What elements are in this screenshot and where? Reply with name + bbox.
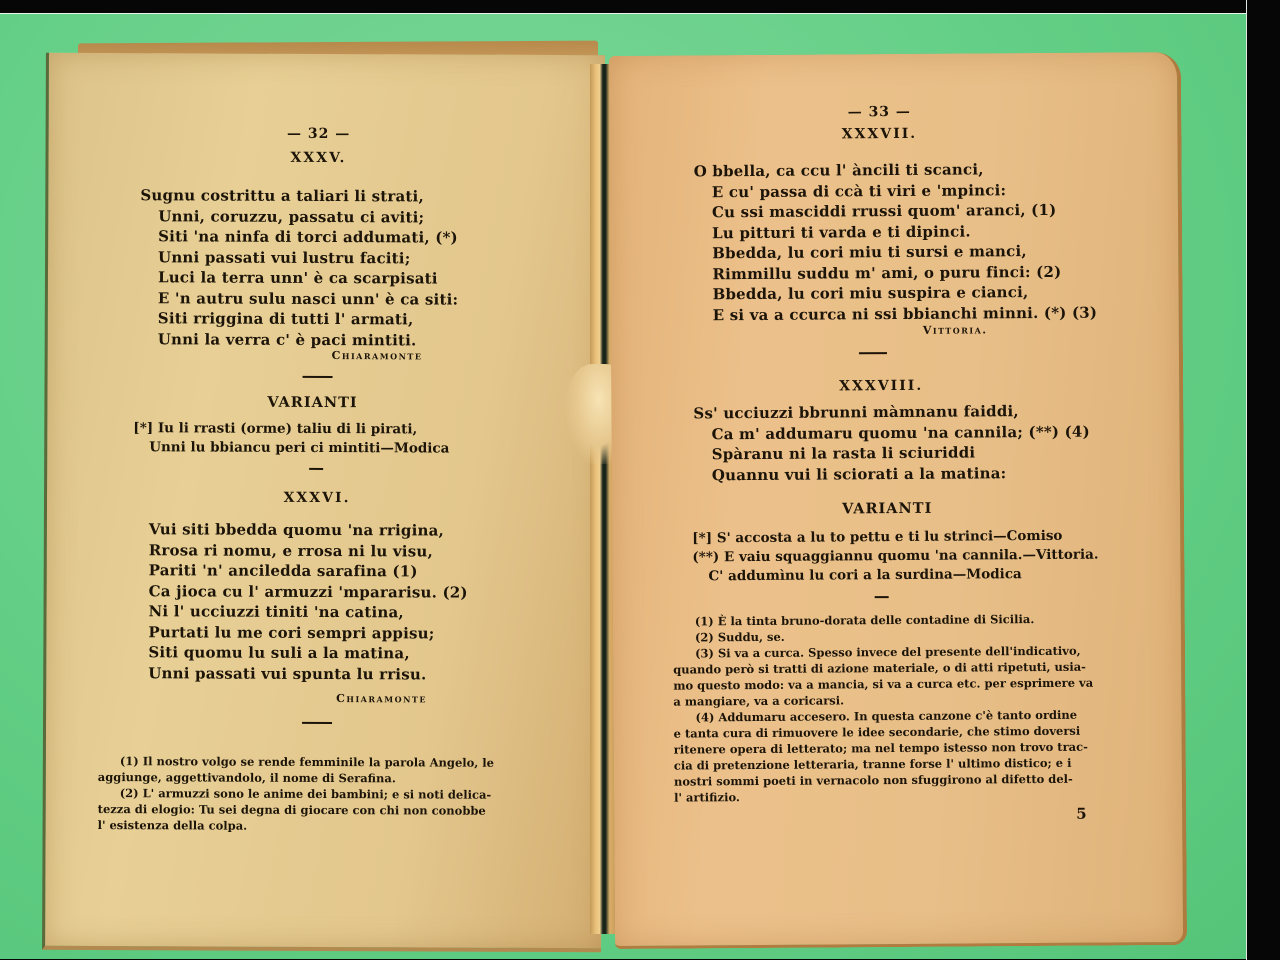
verse-line: O bbella, ca ccu l' àncili ti scanci, <box>694 159 1097 182</box>
verse-line: Pariti 'n' anciledda sarafina (1) <box>149 560 468 582</box>
variant-line: [*] Iu li rrasti (orme) taliu di li pira… <box>133 419 449 439</box>
footnote-line: (1) Il nostro volgo se rende femminile l… <box>98 753 528 771</box>
photo-background: — 32 — XXXV. Sugnu costrittu a taliari l… <box>0 13 1246 959</box>
left-page: — 32 — XXXV. Sugnu costrittu a taliari l… <box>42 53 605 952</box>
footnote-line: aggiunge, aggettivandolo, il nome di Ser… <box>98 769 528 787</box>
verse-line: Ca m' addumaru quomu 'na cannila; (**) (… <box>693 421 1089 444</box>
verse-line: Quannu vui li sciorati a la matina: <box>694 462 1090 485</box>
black-border <box>1246 0 1280 960</box>
separator-rule <box>875 596 889 598</box>
footnotes: (1) Il nostro volgo se rende femminile l… <box>98 753 528 835</box>
verse-line: Spàranu ni la rasta li sciuriddi <box>694 442 1090 465</box>
poem-xxxvi: Vui siti bbedda quomu 'na rrigina, Rrosa… <box>148 519 468 684</box>
poem-signature: Vittoria. <box>923 323 988 336</box>
verse-line: Rrosa ri nomu, e rrosa ni lu visu, <box>149 540 468 562</box>
verse-line: Siti 'na ninfa di torci addumati, (*) <box>140 226 458 248</box>
verse-line: Unni la verra c' è paci mintiti. <box>140 329 458 351</box>
poem-xxxv: Sugnu costrittu a taliari li strati, Unn… <box>140 185 459 350</box>
footnote-line: l' artifizio. <box>674 786 1114 805</box>
separator-rule <box>303 376 333 378</box>
footnote-line: nostri sommi poeti in vernacolo non sfug… <box>674 770 1114 789</box>
verse-line: Vui siti bbedda quomu 'na rrigina, <box>149 519 468 541</box>
poem-signature: Chiaramonte <box>336 692 427 705</box>
verse-line: Unni, coruzzu, passatu ci aviti; <box>140 206 458 228</box>
verse-line: Siti rriggina di tutti l' armati, <box>140 308 458 330</box>
verse-line: Sugnu costrittu a taliari li strati, <box>140 185 458 207</box>
varianti-list: [*] Iu li rrasti (orme) taliu di li pira… <box>133 419 449 458</box>
verse-line: Unni passati vui spunta lu rrisu. <box>148 663 467 685</box>
verse-line: Bbedda, lu cori miu suspira e cianci, <box>694 282 1097 305</box>
poem-xxxvii: O bbella, ca ccu l' àncili ti scanci, E … <box>694 159 1098 326</box>
signature-mark: 5 <box>1076 805 1087 823</box>
footnotes: (1) È la tinta bruno-dorata delle contad… <box>673 611 1114 806</box>
verse-line: Ni l' ucciuzzi tiniti 'na catina, <box>148 601 467 623</box>
verse-line: Bbedda, lu cori miu ti sursi e manci, <box>694 241 1097 264</box>
separator-rule <box>859 352 887 354</box>
footnote-line: tezza di elogio: Tu sei degna di giocare… <box>98 801 528 819</box>
page-number: — 32 — <box>269 126 369 142</box>
varianti-heading: VARIANTI <box>267 394 357 411</box>
verse-line: Rimmillu suddu m' ami, o puru finci: (2) <box>694 261 1097 284</box>
variant-line: Unni lu bbiancu peri ci mintiti—Modica <box>133 438 449 458</box>
poem-number: XXXV. <box>268 150 368 166</box>
verse-line: Lu pitturi ti varda e ti dipinci. <box>694 220 1097 243</box>
poem-signature: Chiaramonte <box>332 349 423 362</box>
variant-line: C' addumìnu lu cori a la surdina—Modica <box>692 565 1098 587</box>
footnote-line: (2) L' armuzzi sono le anime dei bambini… <box>98 785 528 803</box>
footnote-line: mo questo modo: va a mancia, si va a cur… <box>673 675 1113 694</box>
verse-line: E si va a ccurca ni ssi bbianchi minni. … <box>695 302 1098 325</box>
verse-line: Cu ssi masciddi rrussi quom' aranci, (1) <box>694 200 1097 223</box>
footnote-line: l' esistenza della colpa. <box>98 817 528 835</box>
page-number: — 33 — <box>829 104 929 121</box>
variant-line: (**) E vaiu squaggiannu quomu 'na cannil… <box>692 546 1098 568</box>
separator-rule <box>302 722 332 724</box>
verse-line: E cu' passa di ccà ti viri e 'mpinci: <box>694 179 1097 202</box>
poem-xxxviii: Ss' ucciuzzi bbrunni màmnanu faiddi, Ca … <box>693 401 1090 486</box>
varianti-heading: VARIANTI <box>842 500 932 518</box>
verse-line: Unni passati vui lustru faciti; <box>140 247 458 269</box>
verse-line: Luci la terra unn' è ca scarpisati <box>140 267 458 289</box>
poem-number: XXXVII. <box>824 126 934 143</box>
separator-rule <box>309 468 323 470</box>
verse-line: Ss' ucciuzzi bbrunni màmnanu faiddi, <box>693 401 1089 424</box>
verse-line: Siti quomu lu suli a la matina, <box>148 642 467 664</box>
right-page: — 33 — XXXVII. O bbella, ca ccu l' àncil… <box>609 52 1187 949</box>
varianti-list: [*] S' accosta a lu to pettu e ti lu str… <box>692 527 1098 587</box>
poem-number: XXXVIII. <box>821 378 941 395</box>
poem-number: XXXVI. <box>267 490 367 506</box>
verse-line: E 'n autru sulu nasci unn' è ca siti: <box>140 288 458 310</box>
verse-line: Purtati lu me cori sempri appisu; <box>148 622 467 644</box>
verse-line: Ca jioca cu l' armuzzi 'mpararisu. (2) <box>149 581 468 603</box>
